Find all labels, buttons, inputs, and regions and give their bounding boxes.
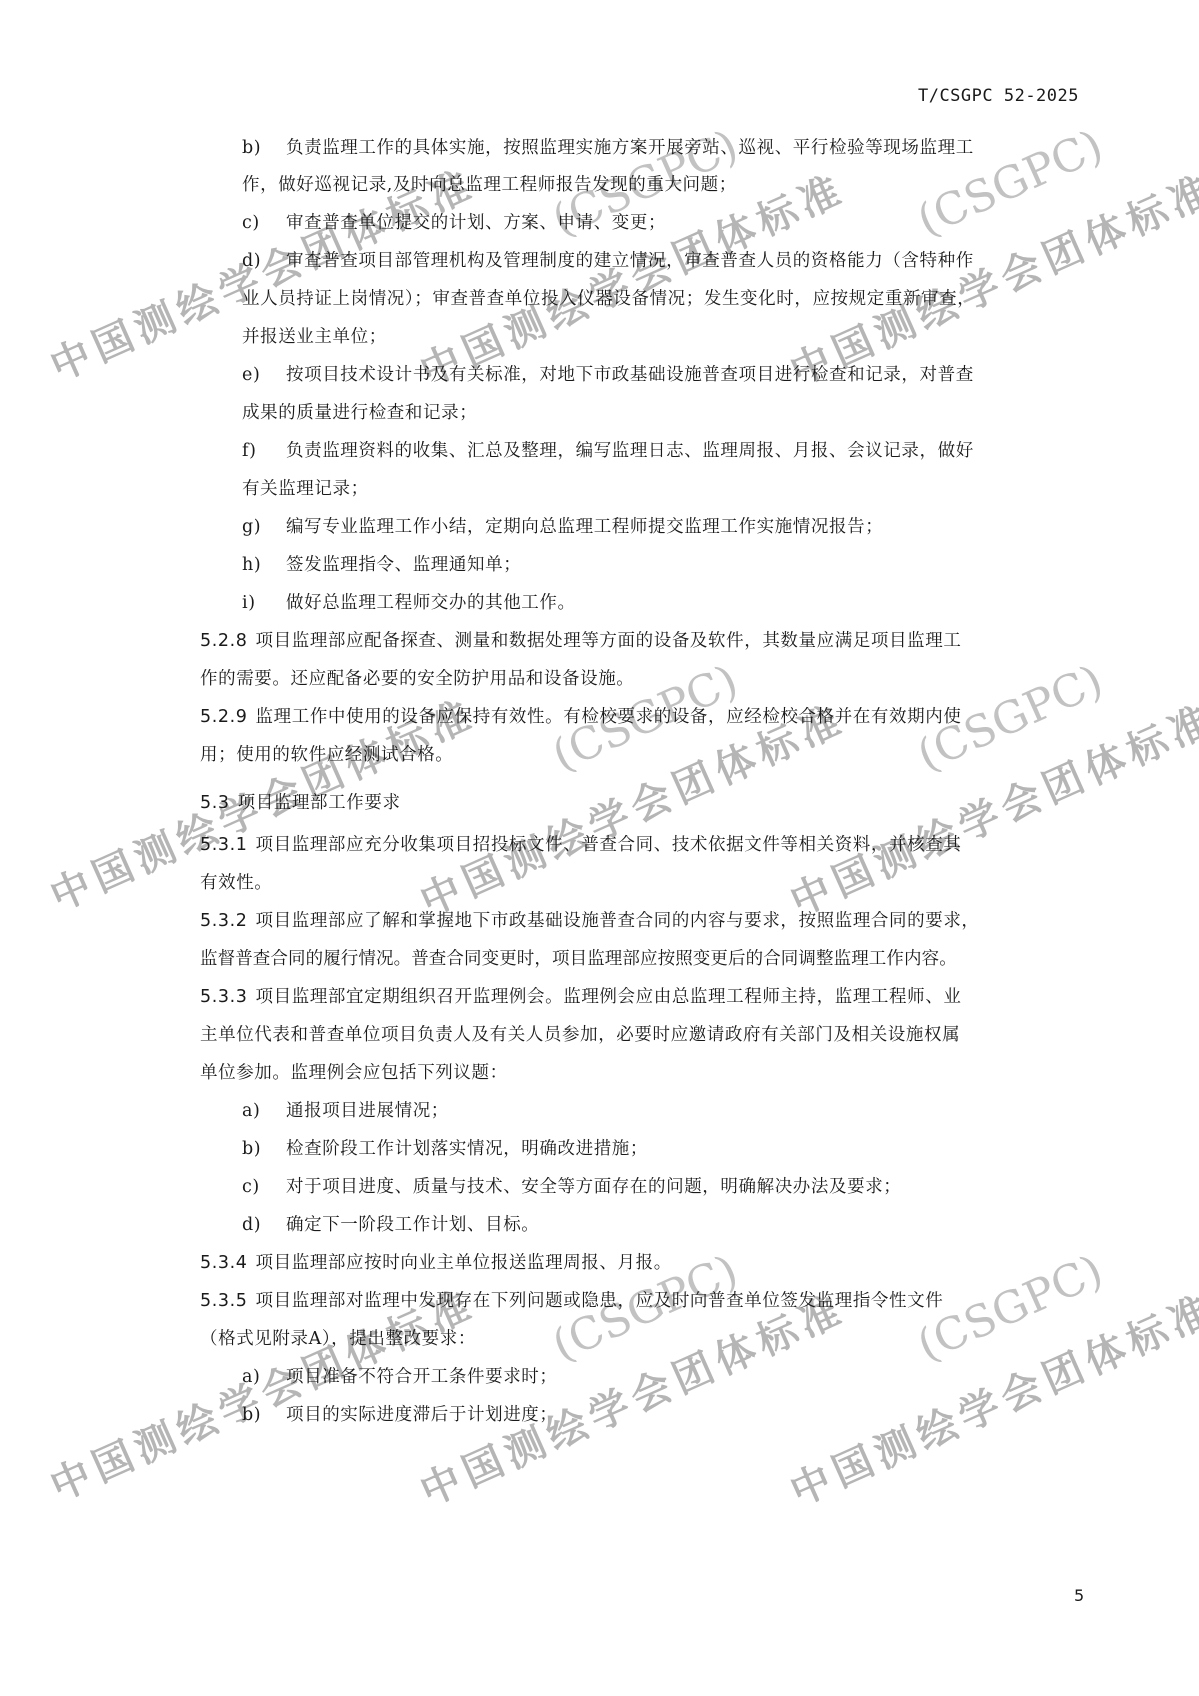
list-item-text: 审查普查项目部管理机构及管理制度的建立情况，审查普查人员的资格能力（含特种作 [286, 251, 974, 271]
list-item-text: 按项目技术设计书及有关标准，对地下市政基础设施普查项目进行检查和记录，对普查 [286, 365, 974, 385]
watermark-text: 中国测绘学会团体标准 [780, 1278, 1199, 1517]
clause-number: 5.2.8 [200, 629, 248, 653]
clause-text: 项目监理部宜定期组织召开监理例会。监理例会应由总监理工程师主持，监理工程师、业 [256, 987, 962, 1007]
list-item: b)项目的实际进度滞后于计划进度； [242, 1403, 558, 1427]
list-item: b)检查阶段工作计划落实情况，明确改进措施； [242, 1137, 648, 1161]
list-item-label: c) [242, 211, 286, 235]
list-item-label: a) [242, 1365, 286, 1389]
list-item-text: 负责监理工作的具体实施，按照监理实施方案开展旁站、巡视、平行检验等现场监理工 [286, 138, 974, 158]
list-item-label: d) [242, 249, 286, 273]
list-item-continuation: 并报送业主单位； [242, 325, 387, 349]
clause-number: 5.2.9 [200, 705, 248, 729]
clause-continuation: 监督普查合同的履行情况。普查合同变更时，项目监理部应按照变更后的合同调整监理工作… [200, 947, 957, 971]
list-item-text: 对于项目进度、质量与技术、安全等方面存在的问题，明确解决办法及要求； [286, 1177, 901, 1197]
list-item-label: b) [242, 1137, 286, 1161]
list-item-label: e) [242, 363, 286, 387]
clause-text: 项目监理部应充分收集项目招投标文件、普查合同、技术依据文件等相关资料，并核查其 [256, 835, 962, 855]
list-item-text: 负责监理资料的收集、汇总及整理，编写监理日志、监理周报、月报、会议记录，做好 [286, 441, 974, 461]
clause-text: 项目监理部应了解和掌握地下市政基础设施普查合同的内容与要求，按照监理合同的要求， [256, 911, 980, 931]
clause-text: 项目监理部应按时向业主单位报送监理周报、月报。 [256, 1253, 672, 1273]
list-item-label: b) [242, 136, 286, 160]
clause-number: 5.3.1 [200, 833, 248, 857]
list-item-label: i) [242, 591, 286, 615]
list-item-label: a) [242, 1099, 286, 1123]
clause-5-3-2: 5.3.2项目监理部应了解和掌握地下市政基础设施普查合同的内容与要求，按照监理合… [200, 909, 980, 933]
list-item-text: 签发监理指令、监理通知单； [286, 555, 521, 575]
standard-code-header: T/CSGPC 52-2025 [918, 86, 1079, 106]
section-title: 项目监理部工作要求 [238, 793, 401, 813]
clause-5-3-4: 5.3.4项目监理部应按时向业主单位报送监理周报、月报。 [200, 1251, 672, 1275]
list-item: b)负责监理工作的具体实施，按照监理实施方案开展旁站、巡视、平行检验等现场监理工 [242, 136, 974, 160]
clause-5-2-8: 5.2.8项目监理部应配备探查、测量和数据处理等方面的设备及软件，其数量应满足项… [200, 629, 961, 653]
clause-text: 项目监理部应配备探查、测量和数据处理等方面的设备及软件，其数量应满足项目监理工 [256, 631, 962, 651]
clause-continuation: 用；使用的软件应经测试合格。 [200, 743, 453, 767]
list-item-continuation: 作，做好巡视记录,及时向总监理工程师报告发现的重大问题； [242, 173, 737, 197]
list-item: c)对于项目进度、质量与技术、安全等方面存在的问题，明确解决办法及要求； [242, 1175, 901, 1199]
list-item: i)做好总监理工程师交办的其他工作。 [242, 591, 576, 615]
clause-continuation: 主单位代表和普查单位项目负责人及有关人员参加，必要时应邀请政府有关部门及相关设施… [200, 1023, 960, 1047]
clause-continuation: 有效性。 [200, 871, 272, 895]
list-item-continuation: 业人员持证上岗情况）；审查普查单位投入仪器设备情况；发生变化时，应按规定重新审查… [242, 287, 975, 311]
list-item: e)按项目技术设计书及有关标准，对地下市政基础设施普查项目进行检查和记录，对普查 [242, 363, 974, 387]
list-item-text: 编写专业监理工作小结，定期向总监理工程师提交监理工作实施情况报告； [286, 517, 883, 537]
list-item-text: 通报项目进展情况； [286, 1101, 449, 1121]
clause-5-2-9: 5.2.9监理工作中使用的设备应保持有效性。有检校要求的设备，应经检校合格并在有… [200, 705, 961, 729]
list-item-text: 项目准备不符合开工条件要求时； [286, 1367, 558, 1387]
list-item-label: f) [242, 439, 286, 463]
clause-5-3-5: 5.3.5项目监理部对监理中发现存在下列问题或隐患，应及时向普查单位签发监理指令… [200, 1289, 943, 1313]
clause-number: 5.3.5 [200, 1289, 248, 1313]
list-item: d)确定下一阶段工作计划、目标。 [242, 1213, 539, 1237]
clause-continuation: 作的需要。还应配备必要的安全防护用品和设备设施。 [200, 667, 634, 691]
clause-continuation: （格式见附录A），提出整改要求： [200, 1327, 476, 1351]
page-number: 5 [1074, 1586, 1084, 1605]
list-item-text: 确定下一阶段工作计划、目标。 [286, 1215, 539, 1235]
list-item: f)负责监理资料的收集、汇总及整理，编写监理日志、监理周报、月报、会议记录，做好 [242, 439, 974, 463]
clause-number: 5.3.4 [200, 1251, 248, 1275]
list-item-text: 做好总监理工程师交办的其他工作。 [286, 593, 576, 613]
list-item-continuation: 有关监理记录； [242, 477, 369, 501]
clause-text: 项目监理部对监理中发现存在下列问题或隐患，应及时向普查单位签发监理指令性文件 [256, 1291, 944, 1311]
list-item-label: b) [242, 1403, 286, 1427]
list-item-text: 审查普查单位提交的计划、方案、申请、变更； [286, 213, 666, 233]
list-item-label: g) [242, 515, 286, 539]
list-item-label: d) [242, 1213, 286, 1237]
list-item: c)审查普查单位提交的计划、方案、申请、变更； [242, 211, 666, 235]
list-item-continuation: 成果的质量进行检查和记录； [242, 401, 477, 425]
list-item-label: h) [242, 553, 286, 577]
list-item: d)审查普查项目部管理机构及管理制度的建立情况，审查普查人员的资格能力（含特种作 [242, 249, 974, 273]
list-item: a)项目准备不符合开工条件要求时； [242, 1365, 558, 1389]
clause-5-3-1: 5.3.1项目监理部应充分收集项目招投标文件、普查合同、技术依据文件等相关资料，… [200, 833, 961, 857]
list-item: h)签发监理指令、监理通知单； [242, 553, 521, 577]
clause-text: 监理工作中使用的设备应保持有效性。有检校要求的设备，应经检校合格并在有效期内使 [256, 707, 962, 727]
clause-number: 5.3.2 [200, 909, 248, 933]
watermark-text: 中国测绘学会团体标准 [780, 158, 1199, 397]
clause-5-3-3: 5.3.3项目监理部宜定期组织召开监理例会。监理例会应由总监理工程师主持，监理工… [200, 985, 961, 1009]
watermark-text: 中国测绘学会团体标准 [410, 1278, 853, 1517]
list-item: g)编写专业监理工作小结，定期向总监理工程师提交监理工作实施情况报告； [242, 515, 883, 539]
clause-number: 5.3.3 [200, 985, 248, 1009]
section-number: 5.3 [200, 791, 230, 815]
list-item-label: c) [242, 1175, 286, 1199]
list-item-text: 项目的实际进度滞后于计划进度； [286, 1405, 558, 1425]
list-item-text: 检查阶段工作计划落实情况，明确改进措施； [286, 1139, 648, 1159]
list-item: a)通报项目进展情况； [242, 1099, 449, 1123]
clause-continuation: 单位参加。监理例会应包括下列议题： [200, 1061, 508, 1085]
section-heading-5-3: 5.3项目监理部工作要求 [200, 791, 401, 815]
